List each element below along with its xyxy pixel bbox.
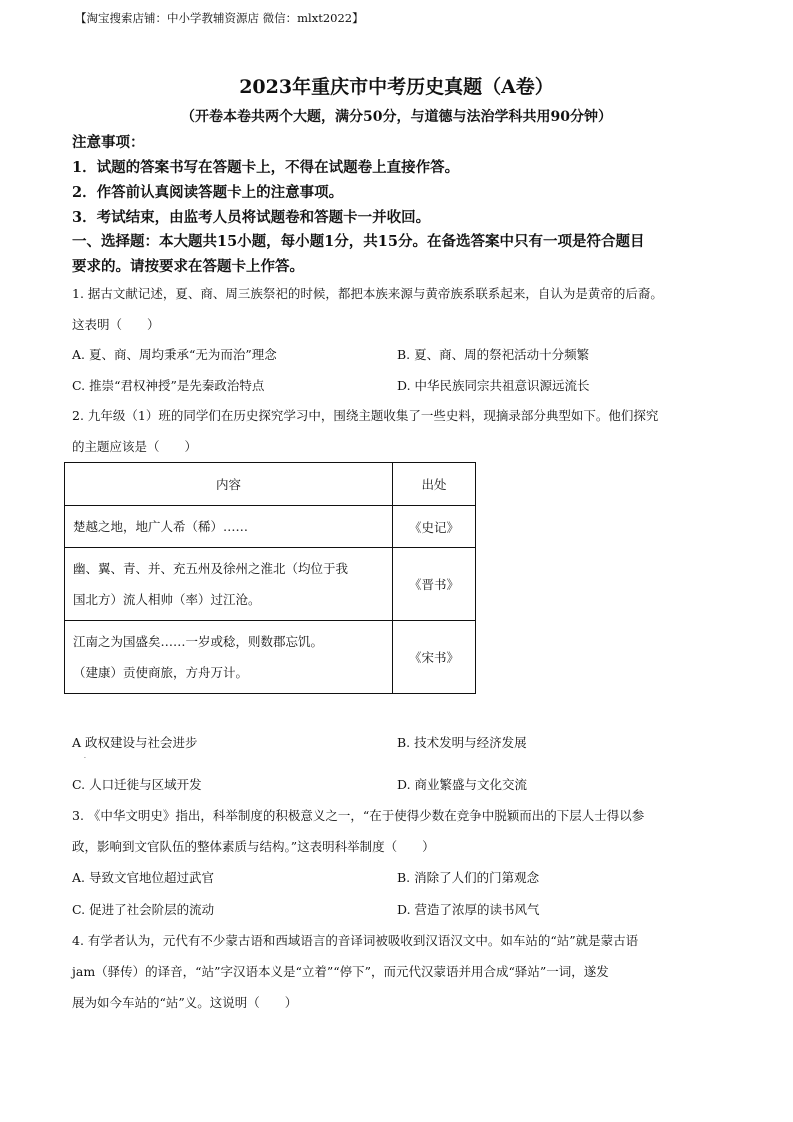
section-instructions: 一、选择题：本大题共15小题，每小题1分，共15分。在备选答案中只有一项是符合题… xyxy=(72,230,644,251)
table-row: 幽、翼、青、并、充五州及徐州之淮北（均位于我 国北方）流人相帅（率）过江沧。 《… xyxy=(65,548,476,621)
watermark-text: 【淘宝搜索店铺：中小学教辅资源店 微信：mlxt2022】 xyxy=(75,10,364,26)
question-stem: 政，影响到文官队伍的整体素质与结构。”这表明科举制度（ ） xyxy=(72,837,435,855)
cell-text: 幽、翼、青、并、充五州及徐州之淮北（均位于我 xyxy=(73,553,384,584)
question-stem: 的主题应该是（ ） xyxy=(72,437,197,455)
question-stem: 1. 据古文献记述，夏、商、周三族祭祀的时候，都把本族来源与黄帝族系联系起来，自… xyxy=(72,284,663,302)
cell-text: 国北方）流人相帅（率）过江沧。 xyxy=(73,584,384,615)
question-stem: 展为如今车站的“站”义。这说明（ ） xyxy=(72,993,297,1011)
option-a: A 政权建设与社会进步 xyxy=(72,733,198,751)
option-d: D. 商业繁盛与文化交流 xyxy=(397,775,527,793)
cell-content: 江南之为国盛矣……一岁或稔，则数郡忘饥。 （建康）贡使商旅，方舟万计。 xyxy=(65,621,393,694)
stray-dot: · xyxy=(84,755,86,762)
notes-heading: 注意事项： xyxy=(72,131,145,152)
option-a: A. 导致文官地位超过武官 xyxy=(72,868,214,886)
option-a: A. 夏、商、周均秉承“无为而治”理念 xyxy=(72,345,277,363)
option-c: C. 促进了社会阶层的流动 xyxy=(72,900,214,918)
cell-source: 《史记》 xyxy=(393,506,476,548)
page-subtitle: （开卷本卷共两个大题，满分50分，与道德与法治学科共用90分钟） xyxy=(0,106,793,126)
option-d: D. 营造了浓厚的读书风气 xyxy=(397,900,540,918)
cell-content: 楚越之地，地广人希（稀）…… xyxy=(65,506,393,548)
table-row: 楚越之地，地广人希（稀）…… 《史记》 xyxy=(65,506,476,548)
table-header-row: 内容 出处 xyxy=(65,463,476,506)
page-title: 2023年重庆市中考历史真题（A卷） xyxy=(0,72,793,99)
question-stem: 2. 九年级（1）班的同学们在历史探究学习中，围绕主题收集了一些史料，现摘录部分… xyxy=(72,406,658,424)
option-b: B. 技术发明与经济发展 xyxy=(397,733,527,751)
source-table: 内容 出处 楚越之地，地广人希（稀）…… 《史记》 幽、翼、青、并、充五州及徐州… xyxy=(64,462,476,694)
cell-source: 《宋书》 xyxy=(393,621,476,694)
option-c: C. 人口迁徙与区域开发 xyxy=(72,775,202,793)
note-item: 2．作答前认真阅读答题卡上的注意事项。 xyxy=(72,181,343,202)
column-header-content: 内容 xyxy=(65,463,393,506)
option-c: C. 推崇“君权神授”是先秦政治特点 xyxy=(72,376,264,394)
question-stem: 这表明（ ） xyxy=(72,315,160,333)
section-instructions: 要求的。请按要求在答题卡上作答。 xyxy=(72,255,304,276)
cell-text: （建康）贡使商旅，方舟万计。 xyxy=(73,657,384,688)
table-row: 江南之为国盛矣……一岁或稔，则数郡忘饥。 （建康）贡使商旅，方舟万计。 《宋书》 xyxy=(65,621,476,694)
question-stem: 3. 《中华文明史》指出，科举制度的积极意义之一，“在于使得少数在竞争中脱颖而出… xyxy=(72,806,644,824)
cell-content: 幽、翼、青、并、充五州及徐州之淮北（均位于我 国北方）流人相帅（率）过江沧。 xyxy=(65,548,393,621)
option-d: D. 中华民族同宗共祖意识源远流长 xyxy=(397,376,590,394)
column-header-source: 出处 xyxy=(393,463,476,506)
cell-text: 楚越之地，地广人希（稀）…… xyxy=(73,511,384,542)
option-b: B. 夏、商、周的祭祀活动十分频繁 xyxy=(397,345,589,363)
option-b: B. 消除了人们的门第观念 xyxy=(397,868,539,886)
note-item: 3．考试结束，由监考人员将试题卷和答题卡一并收回。 xyxy=(72,206,430,227)
cell-source: 《晋书》 xyxy=(393,548,476,621)
note-item: 1．试题的答案书写在答题卡上，不得在试题卷上直接作答。 xyxy=(72,156,459,177)
cell-text: 江南之为国盛矣……一岁或稔，则数郡忘饥。 xyxy=(73,626,384,657)
question-stem: 4. 有学者认为，元代有不少蒙古语和西域语言的音译词被吸收到汉语汉文中。如车站的… xyxy=(72,931,638,949)
question-stem: jam（驿传）的译音，“站”字汉语本义是“立着”“停下”，而元代汉蒙语并用合成“… xyxy=(72,962,609,980)
